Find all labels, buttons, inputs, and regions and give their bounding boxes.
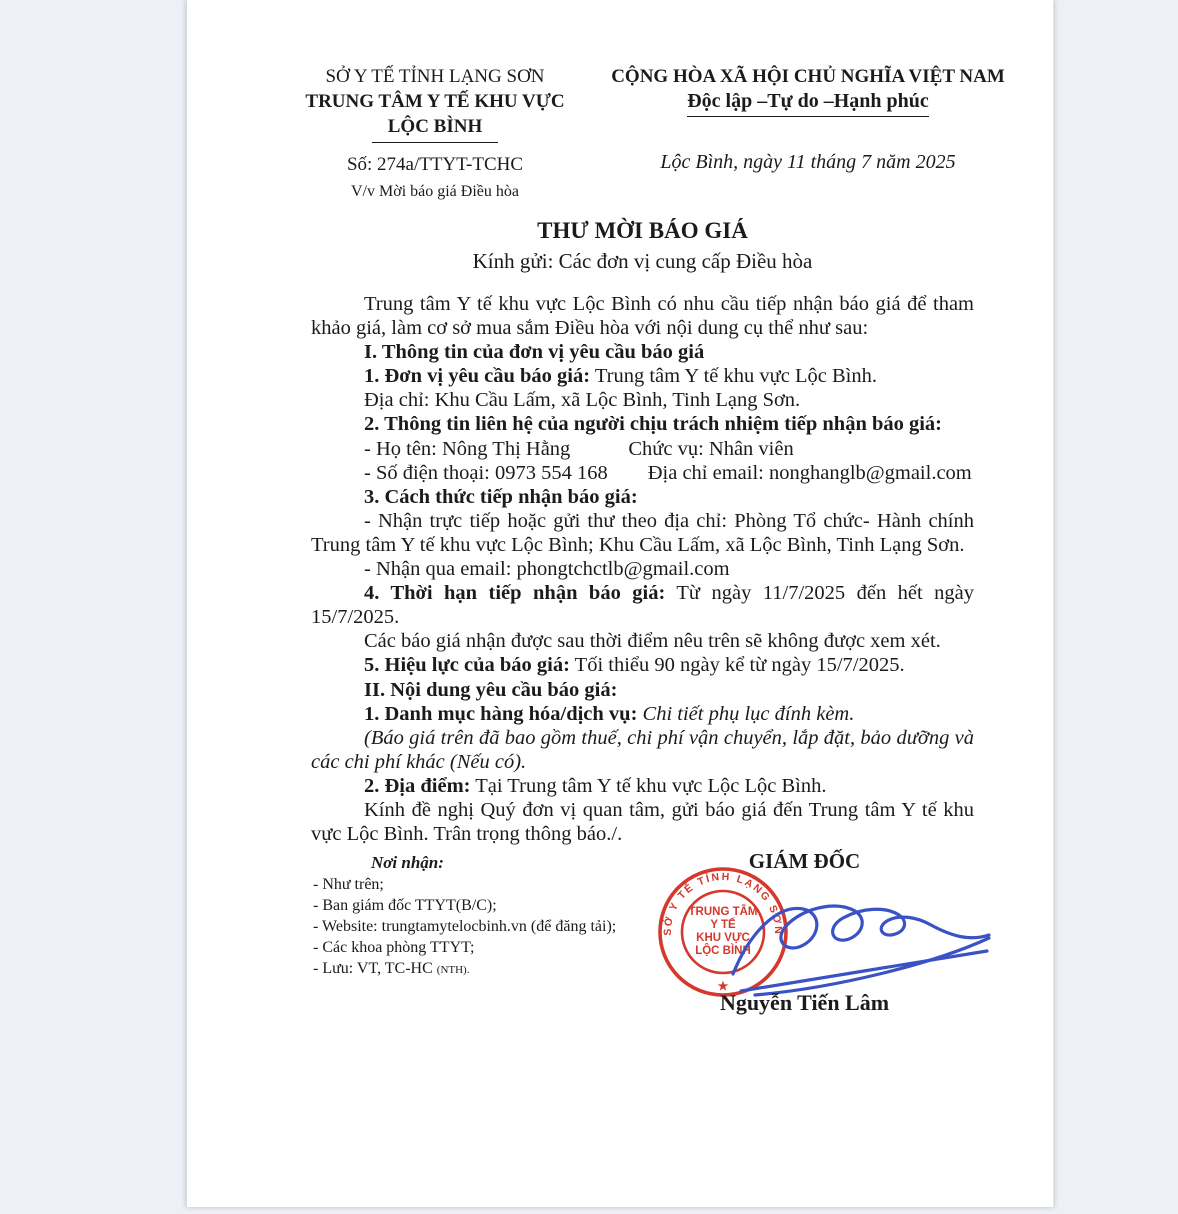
national-title: CỘNG HÒA XÃ HỘI CHỦ NGHĨA VIỆT NAM bbox=[607, 64, 1009, 89]
stamp-text: SỞ Y TẾ TỈNH LẠNG SƠN TRUNG TÂM Y TẾ KHU… bbox=[661, 871, 784, 993]
paragraph-location: 2. Địa điểm: Tại Trung tâm Y tế khu vực … bbox=[311, 774, 974, 798]
paragraph-address: Địa chỉ: Khu Cầu Lấm, xã Lộc Bình, Tinh … bbox=[311, 388, 974, 412]
issuing-org: SỞ Y TẾ TỈNH LẠNG SƠN bbox=[297, 64, 573, 89]
recipient-item: - Các khoa phòng TTYT; bbox=[313, 937, 673, 958]
paragraph-deadline: 4. Thời hạn tiếp nhận báo giá: Từ ngày 1… bbox=[311, 581, 974, 629]
signer-name: Nguyễn Tiến Lâm bbox=[637, 990, 972, 1016]
paragraph-validity: 5. Hiệu lực của báo giá: Tối thiểu 90 ng… bbox=[311, 653, 974, 677]
stamp-center-line2: Y TẾ bbox=[710, 918, 736, 931]
paragraph-contact-name: - Họ tên: Nông Thị HằngChức vụ: Nhân viê… bbox=[311, 437, 974, 461]
paragraph-late-note: Các báo giá nhận được sau thời điểm nêu … bbox=[311, 629, 974, 653]
recipient-item-archive: - Lưu: VT, TC-HC (NTH). bbox=[313, 958, 673, 981]
national-motto: Độc lập –Tự do –Hạnh phúc bbox=[687, 89, 929, 117]
recipient-item: - Website: trungtamytelocbinh.vn (để đăn… bbox=[313, 916, 673, 937]
paragraph-receive-direct: - Nhận trực tiếp hoặc gửi thư theo địa c… bbox=[311, 509, 974, 557]
salutation-line: Kính gửi: Các đơn vị cung cấp Điều hòa bbox=[311, 249, 974, 274]
letterhead: SỞ Y TẾ TỈNH LẠNG SƠN TRUNG TÂM Y TẾ KHU… bbox=[187, 64, 1053, 204]
document-number: Số: 274a/TTYT-TCHC bbox=[297, 152, 573, 177]
recipients-block: Nơi nhận: - Như trên; - Ban giám đốc TTY… bbox=[313, 852, 673, 981]
section1-item2-heading: 2. Thông tin liên hệ của người chịu trác… bbox=[311, 412, 974, 436]
paragraph-contact-phone: - Số điện thoại: 0973 554 168Địa chỉ ema… bbox=[311, 461, 974, 485]
recipient-item: - Như trên; bbox=[313, 874, 673, 895]
recipients-label: Nơi nhận: bbox=[371, 852, 673, 873]
recipient-item: - Ban giám đốc TTYT(B/C); bbox=[313, 895, 673, 916]
letterhead-national-block: CỘNG HÒA XÃ HỘI CHỦ NGHĨA VIỆT NAM Độc l… bbox=[607, 64, 1009, 204]
paragraph-goods-list: 1. Danh mục hàng hóa/dịch vụ: Chi tiết p… bbox=[311, 702, 974, 726]
org-name-line1: TRUNG TÂM Y TẾ KHU VỰC bbox=[297, 89, 573, 114]
section2-heading: II. Nội dung yêu cầu báo giá: bbox=[311, 678, 974, 702]
stamp-center-line3: KHU VỰC bbox=[696, 932, 750, 944]
section1-item3-heading: 3. Cách thức tiếp nhận báo giá: bbox=[311, 485, 974, 509]
org-name-line2: LỘC BÌNH bbox=[372, 114, 499, 143]
paragraph-requesting-unit: 1. Đơn vị yêu cầu báo giá: Trung tâm Y t… bbox=[311, 364, 974, 388]
handwritten-signature bbox=[733, 906, 989, 995]
document-page: SỞ Y TẾ TỈNH LẠNG SƠN TRUNG TÂM Y TẾ KHU… bbox=[186, 0, 1054, 1207]
document-subject: V/v Mời báo giá Điều hòa bbox=[297, 179, 573, 204]
section1-heading: I. Thông tin của đơn vị yêu cầu báo giá bbox=[311, 340, 974, 364]
document-body: Trung tâm Y tế khu vực Lộc Bình có nhu c… bbox=[311, 292, 974, 846]
stamp-and-signature-area: SỞ Y TẾ TỈNH LẠNG SƠN TRUNG TÂM Y TẾ KHU… bbox=[637, 866, 1007, 1006]
paragraph-price-note: (Báo giá trên đã bao gồm thuế, chi phí v… bbox=[311, 726, 974, 774]
letterhead-org-block: SỞ Y TẾ TỈNH LẠNG SƠN TRUNG TÂM Y TẾ KHU… bbox=[297, 64, 573, 204]
paragraph-receive-email: - Nhận qua email: phongtchctlb@gmail.com bbox=[311, 557, 974, 581]
document-title: THƯ MỜI BÁO GIÁ bbox=[311, 218, 974, 244]
place-and-date: Lộc Bình, ngày 11 tháng 7 năm 2025 bbox=[607, 150, 1009, 175]
paragraph-intro: Trung tâm Y tế khu vực Lộc Bình có nhu c… bbox=[311, 292, 974, 340]
paragraph-closing: Kính đề nghị Quý đơn vị quan tâm, gửi bá… bbox=[311, 798, 974, 846]
stamp-center-line1: TRUNG TÂM bbox=[689, 905, 758, 918]
